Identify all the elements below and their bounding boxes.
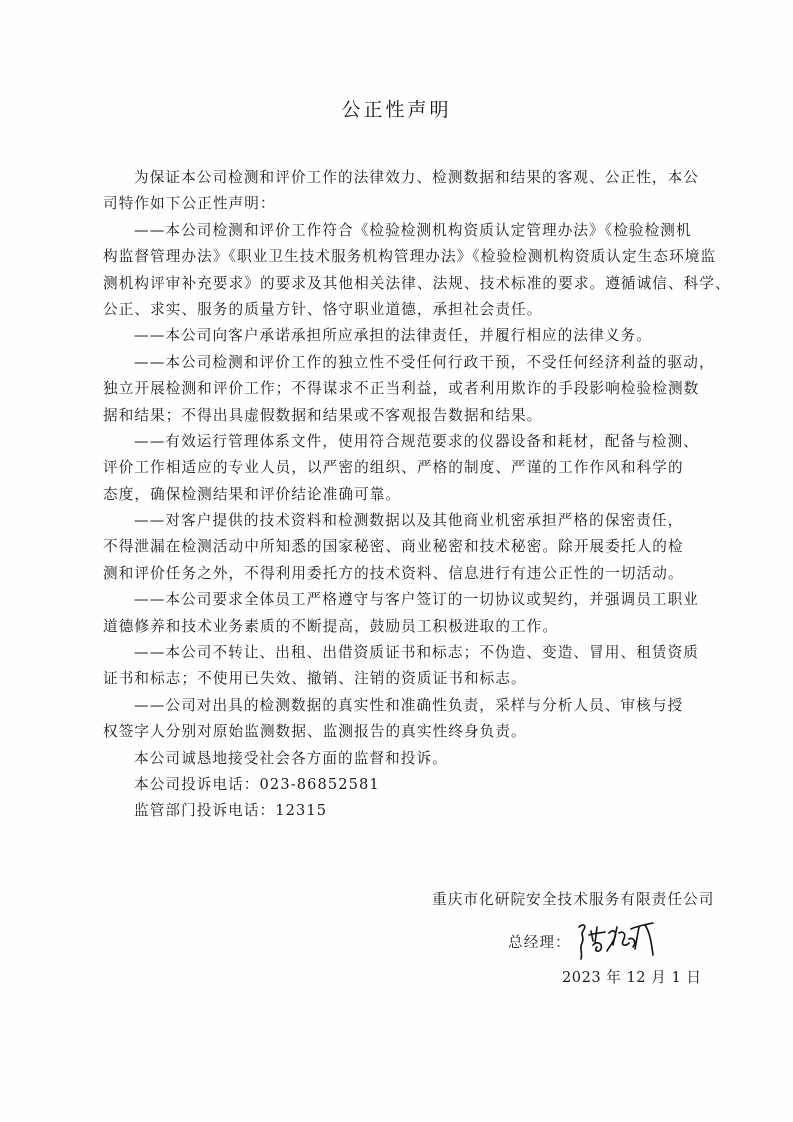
body-line: ——对客户提供的技术资料和检测数据以及其他商业机密承担严格的保密责任， — [103, 508, 713, 534]
body-line: 不得泄漏在检测活动中所知悉的国家秘密、商业秘密和技术秘密。除开展委托人的检 — [103, 534, 713, 560]
handwritten-signature-icon — [573, 919, 663, 963]
body-line: 构监督管理办法》《职业卫生技术服务机构管理办法》《检验检测机构资质认定生态环境监 — [103, 244, 713, 270]
general-manager-label: 总经理： — [508, 931, 571, 952]
body-line: 权签字人分别对原始监测数据、监测报告的真实性终身负责。 — [103, 719, 713, 745]
body-line: ——有效运行管理体系文件，使用符合规范要求的仪器设备和耗材，配备与检测、 — [103, 429, 713, 455]
body-line: 评价工作相适应的专业人员，以严密的组织、严格的制度、严谨的工作作风和科学的 — [103, 455, 713, 481]
general-manager-signature-row: 总经理： — [508, 921, 663, 961]
body-line: 独立开展检测和评价工作；不得谋求不正当利益，或者利用欺诈的手段影响检验检测数 — [103, 376, 713, 402]
body-line: ——本公司不转让、出租、出借资质证书和标志；不伪造、变造、冒用、租赁资质 — [103, 640, 713, 666]
statement-body: 为保证本公司检测和评价工作的法律效力、检测数据和结果的客观、公正性，本公 司特作… — [103, 165, 713, 825]
document-page: 公正性声明 为保证本公司检测和评价工作的法律效力、检测数据和结果的客观、公正性，… — [0, 0, 793, 1122]
body-line: 测机构评审补充要求》的要求及其他相关法律、法规、技术标准的要求。遵循诚信、科学、 — [103, 271, 713, 297]
company-phone-line: 本公司投诉电话：023-86852581 — [103, 772, 713, 798]
document-title: 公正性声明 — [0, 95, 793, 122]
supervision-line: 本公司诚恳地接受社会各方面的监督和投诉。 — [103, 746, 713, 772]
body-line: 测和评价任务之外，不得利用委托方的技术资料、信息进行有违公正性的一切活动。 — [103, 561, 713, 587]
body-line: 据和结果；不得出具虚假数据和结果或不客观报告数据和结果。 — [103, 403, 713, 429]
regulator-phone-line: 监管部门投诉电话：12315 — [103, 798, 713, 824]
body-line: ——本公司检测和评价工作的独立性不受任何行政干预，不受任何经济利益的驱动， — [103, 350, 713, 376]
body-line: 证书和标志；不使用已失效、撤销、注销的资质证书和标志。 — [103, 666, 713, 692]
body-line: 道德修养和技术业务素质的不断提高，鼓励员工积极进取的工作。 — [103, 614, 713, 640]
body-line: ——本公司检测和评价工作符合《检验检测机构资质认定管理办法》《检验检测机 — [103, 218, 713, 244]
document-date: 2023 年 12 月 1 日 — [562, 966, 701, 987]
company-name: 重庆市化研院安全技术服务有限责任公司 — [432, 888, 715, 909]
body-line: 司特作如下公正性声明： — [103, 191, 713, 217]
body-line: ——本公司向客户承诺承担所应承担的法律责任，并履行相应的法律义务。 — [103, 323, 713, 349]
body-line: ——公司对出具的检测数据的真实性和准确性负责，采样与分析人员、审核与授 — [103, 693, 713, 719]
body-line: ——本公司要求全体员工严格遵守与客户签订的一切协议或契约，并强调员工职业 — [103, 587, 713, 613]
body-line: 公正、求实、服务的质量方针、恪守职业道德，承担社会责任。 — [103, 297, 713, 323]
body-line: 态度，确保检测结果和评价结论准确可靠。 — [103, 482, 713, 508]
body-line: 为保证本公司检测和评价工作的法律效力、检测数据和结果的客观、公正性，本公 — [103, 165, 713, 191]
